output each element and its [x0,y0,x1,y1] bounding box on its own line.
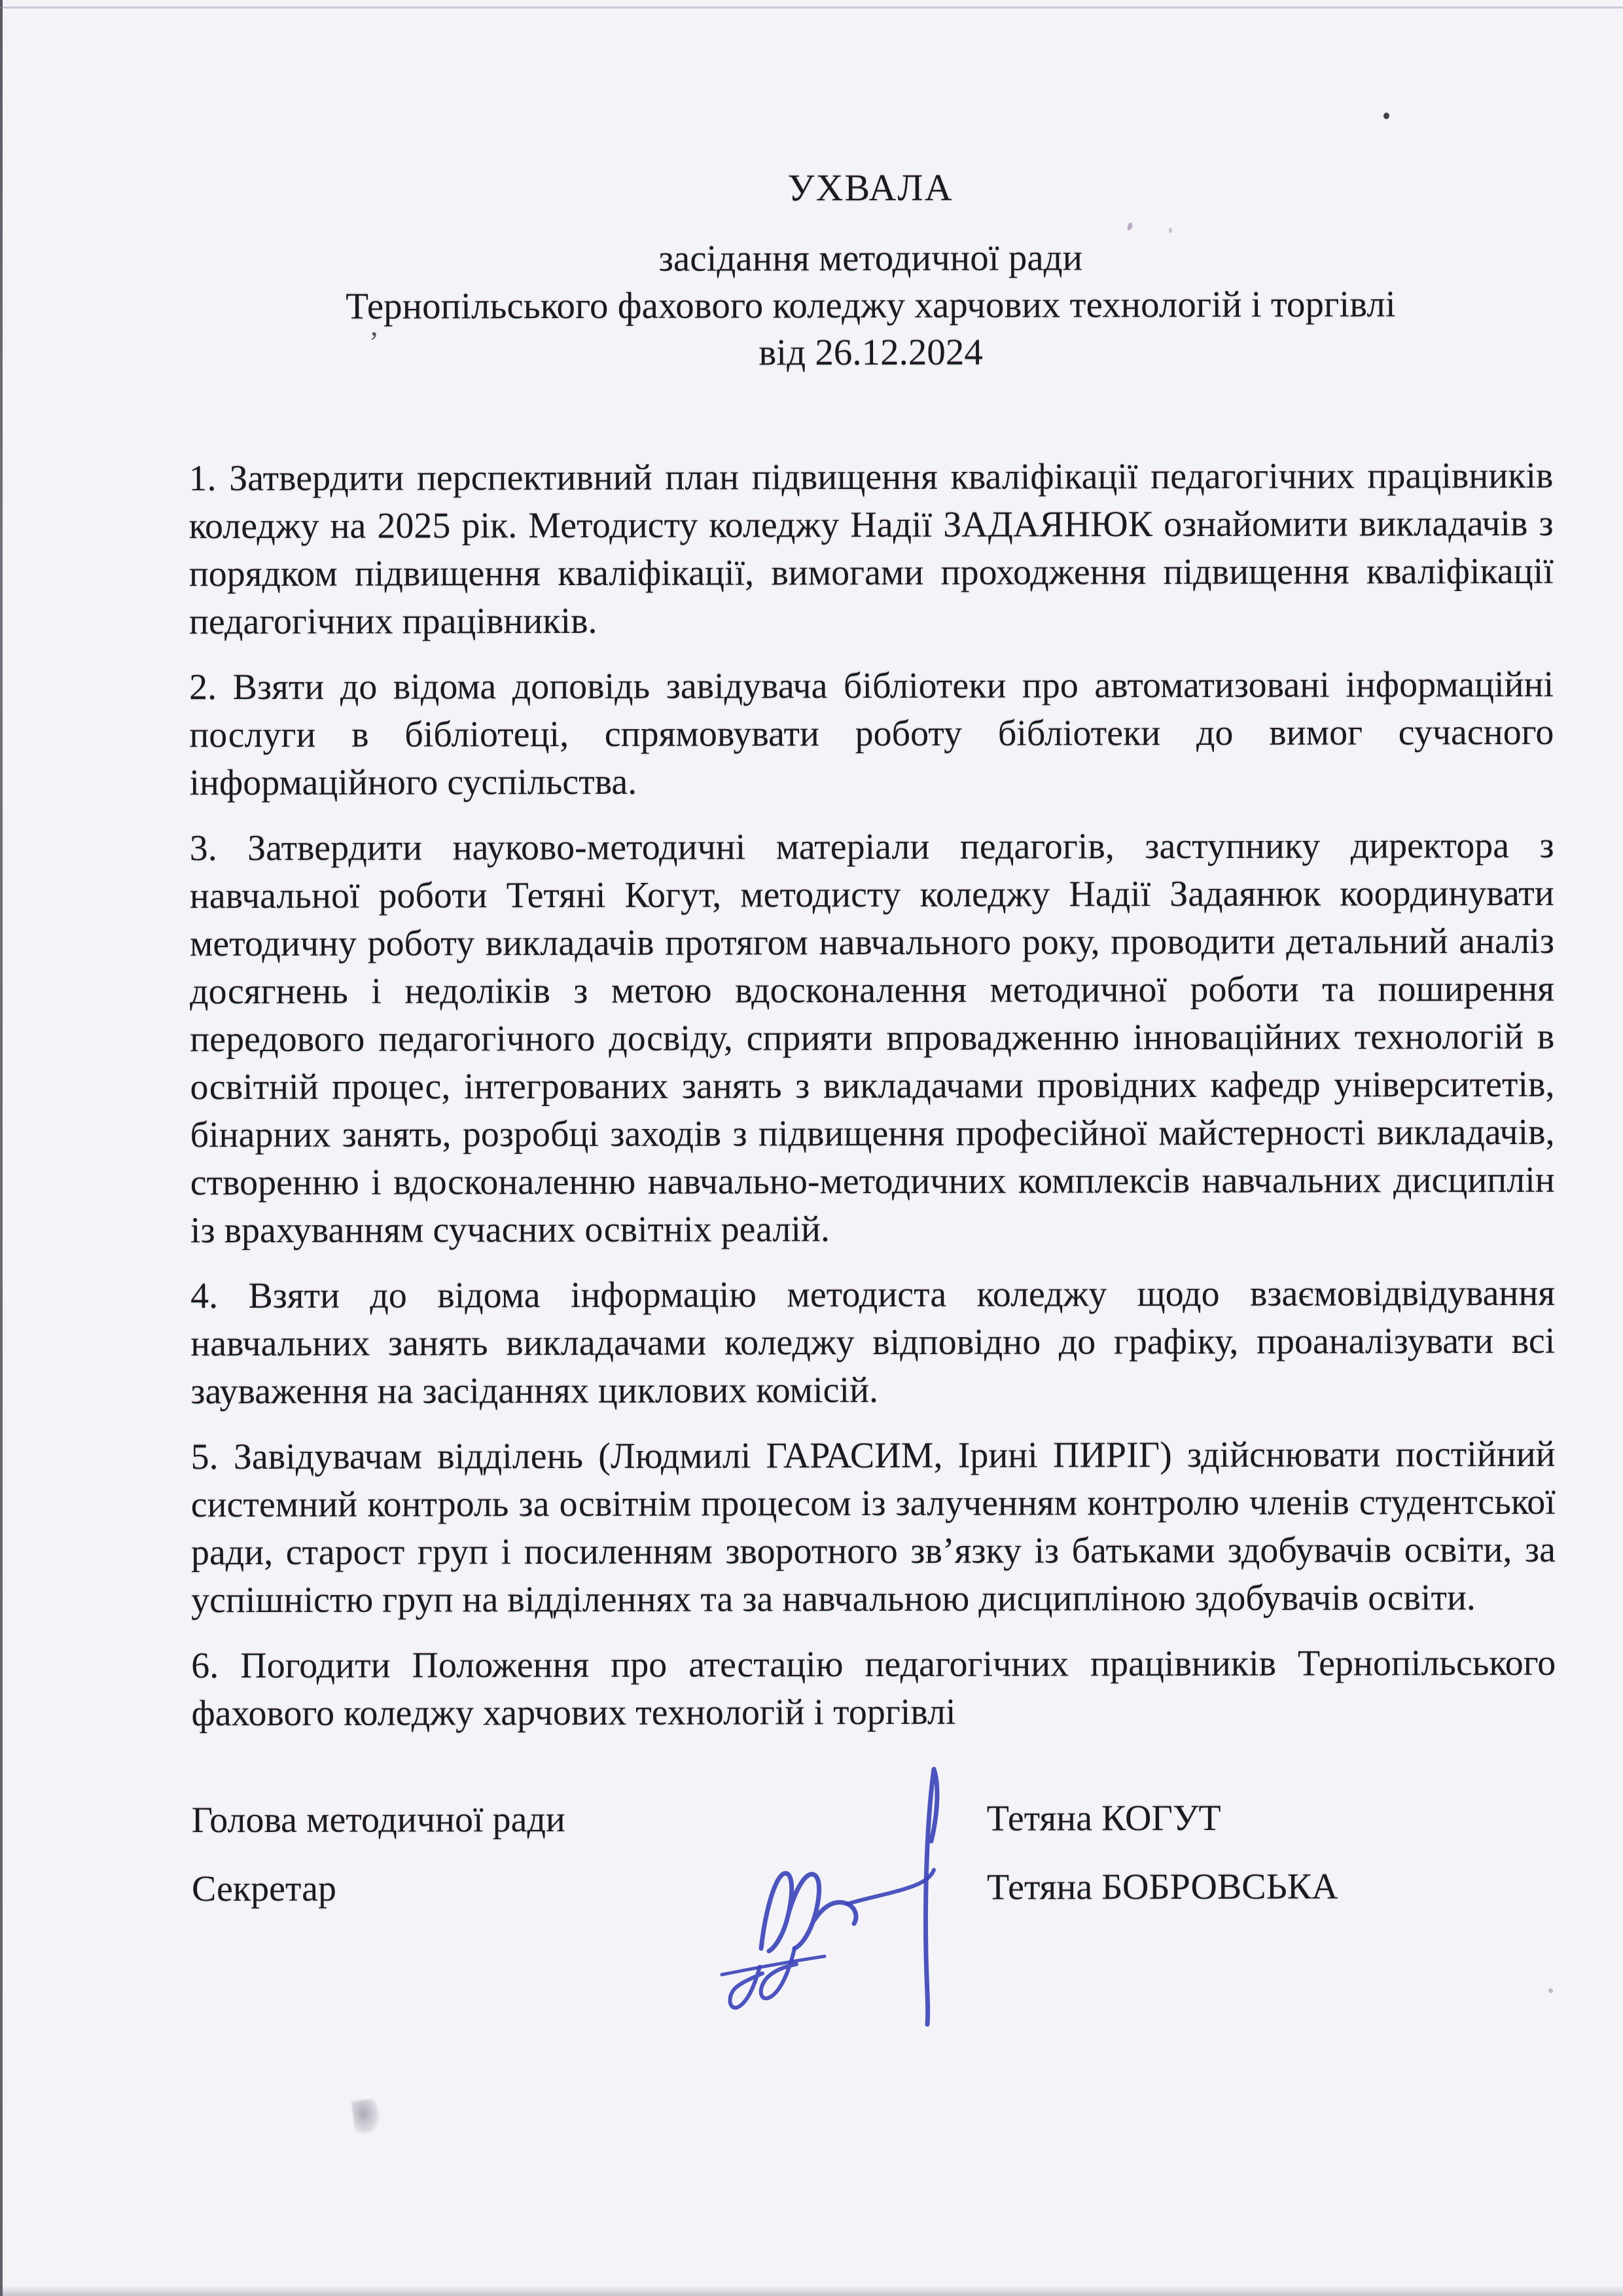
document-content: УХВАЛА засідання методичної ради Тернопі… [188,0,1556,1913]
resolution-body: 1. Затвердити перспективний план підвище… [188,452,1556,1738]
ink-speck [1383,113,1389,119]
paragraph: 5. Завідувачам відділень (Людмилі ГАРАСИ… [191,1431,1556,1624]
ink-speck [1548,1988,1553,1993]
subtitle-line: Тернопільського фахового коледжу харчови… [188,281,1553,331]
paragraph: 4. Взяти до відома інформацію методиста … [190,1270,1555,1416]
document-title: УХВАЛА [188,160,1552,215]
signature-role: Секретар [192,1865,336,1913]
subtitle-line: від 26.12.2024 [188,328,1553,378]
paragraph: 3. Затвердити науково-методичні матеріал… [190,822,1555,1255]
handwritten-signature-ink [704,1757,998,2032]
paragraph: 6. Погодити Положення про атестацію педа… [191,1640,1556,1738]
scan-edge-left [0,0,3,2296]
signature-tall-stroke [926,1769,937,2024]
ink-speck [1169,228,1172,233]
subtitle-group: засідання методичної ради Тернопільськог… [188,234,1553,378]
signature-descender-loop [761,1948,796,1998]
signature-name: Тетяна БОБРОВСЬКА [987,1863,1338,1912]
paragraph: 2. Взяти до відома доповідь завідувача б… [189,661,1554,807]
signature-role: Голова методичної ради [192,1796,565,1844]
title-block: УХВАЛА засідання методичної ради Тернопі… [188,0,1553,378]
scanned-document-page: УХВАЛА засідання методичної ради Тернопі… [0,0,1623,2296]
signature-left-scribble [761,1873,856,1951]
paragraph: 1. Затвердити перспективний план підвище… [188,452,1554,646]
scan-edge-bottom [0,2286,1623,2296]
comma-speck: , [370,308,378,342]
signature-connecting-wave [847,1870,934,1904]
signature-name: Тетяна КОГУТ [987,1795,1221,1843]
pencil-smudge [351,2098,382,2135]
subtitle-line: засідання методичної ради [188,234,1553,283]
